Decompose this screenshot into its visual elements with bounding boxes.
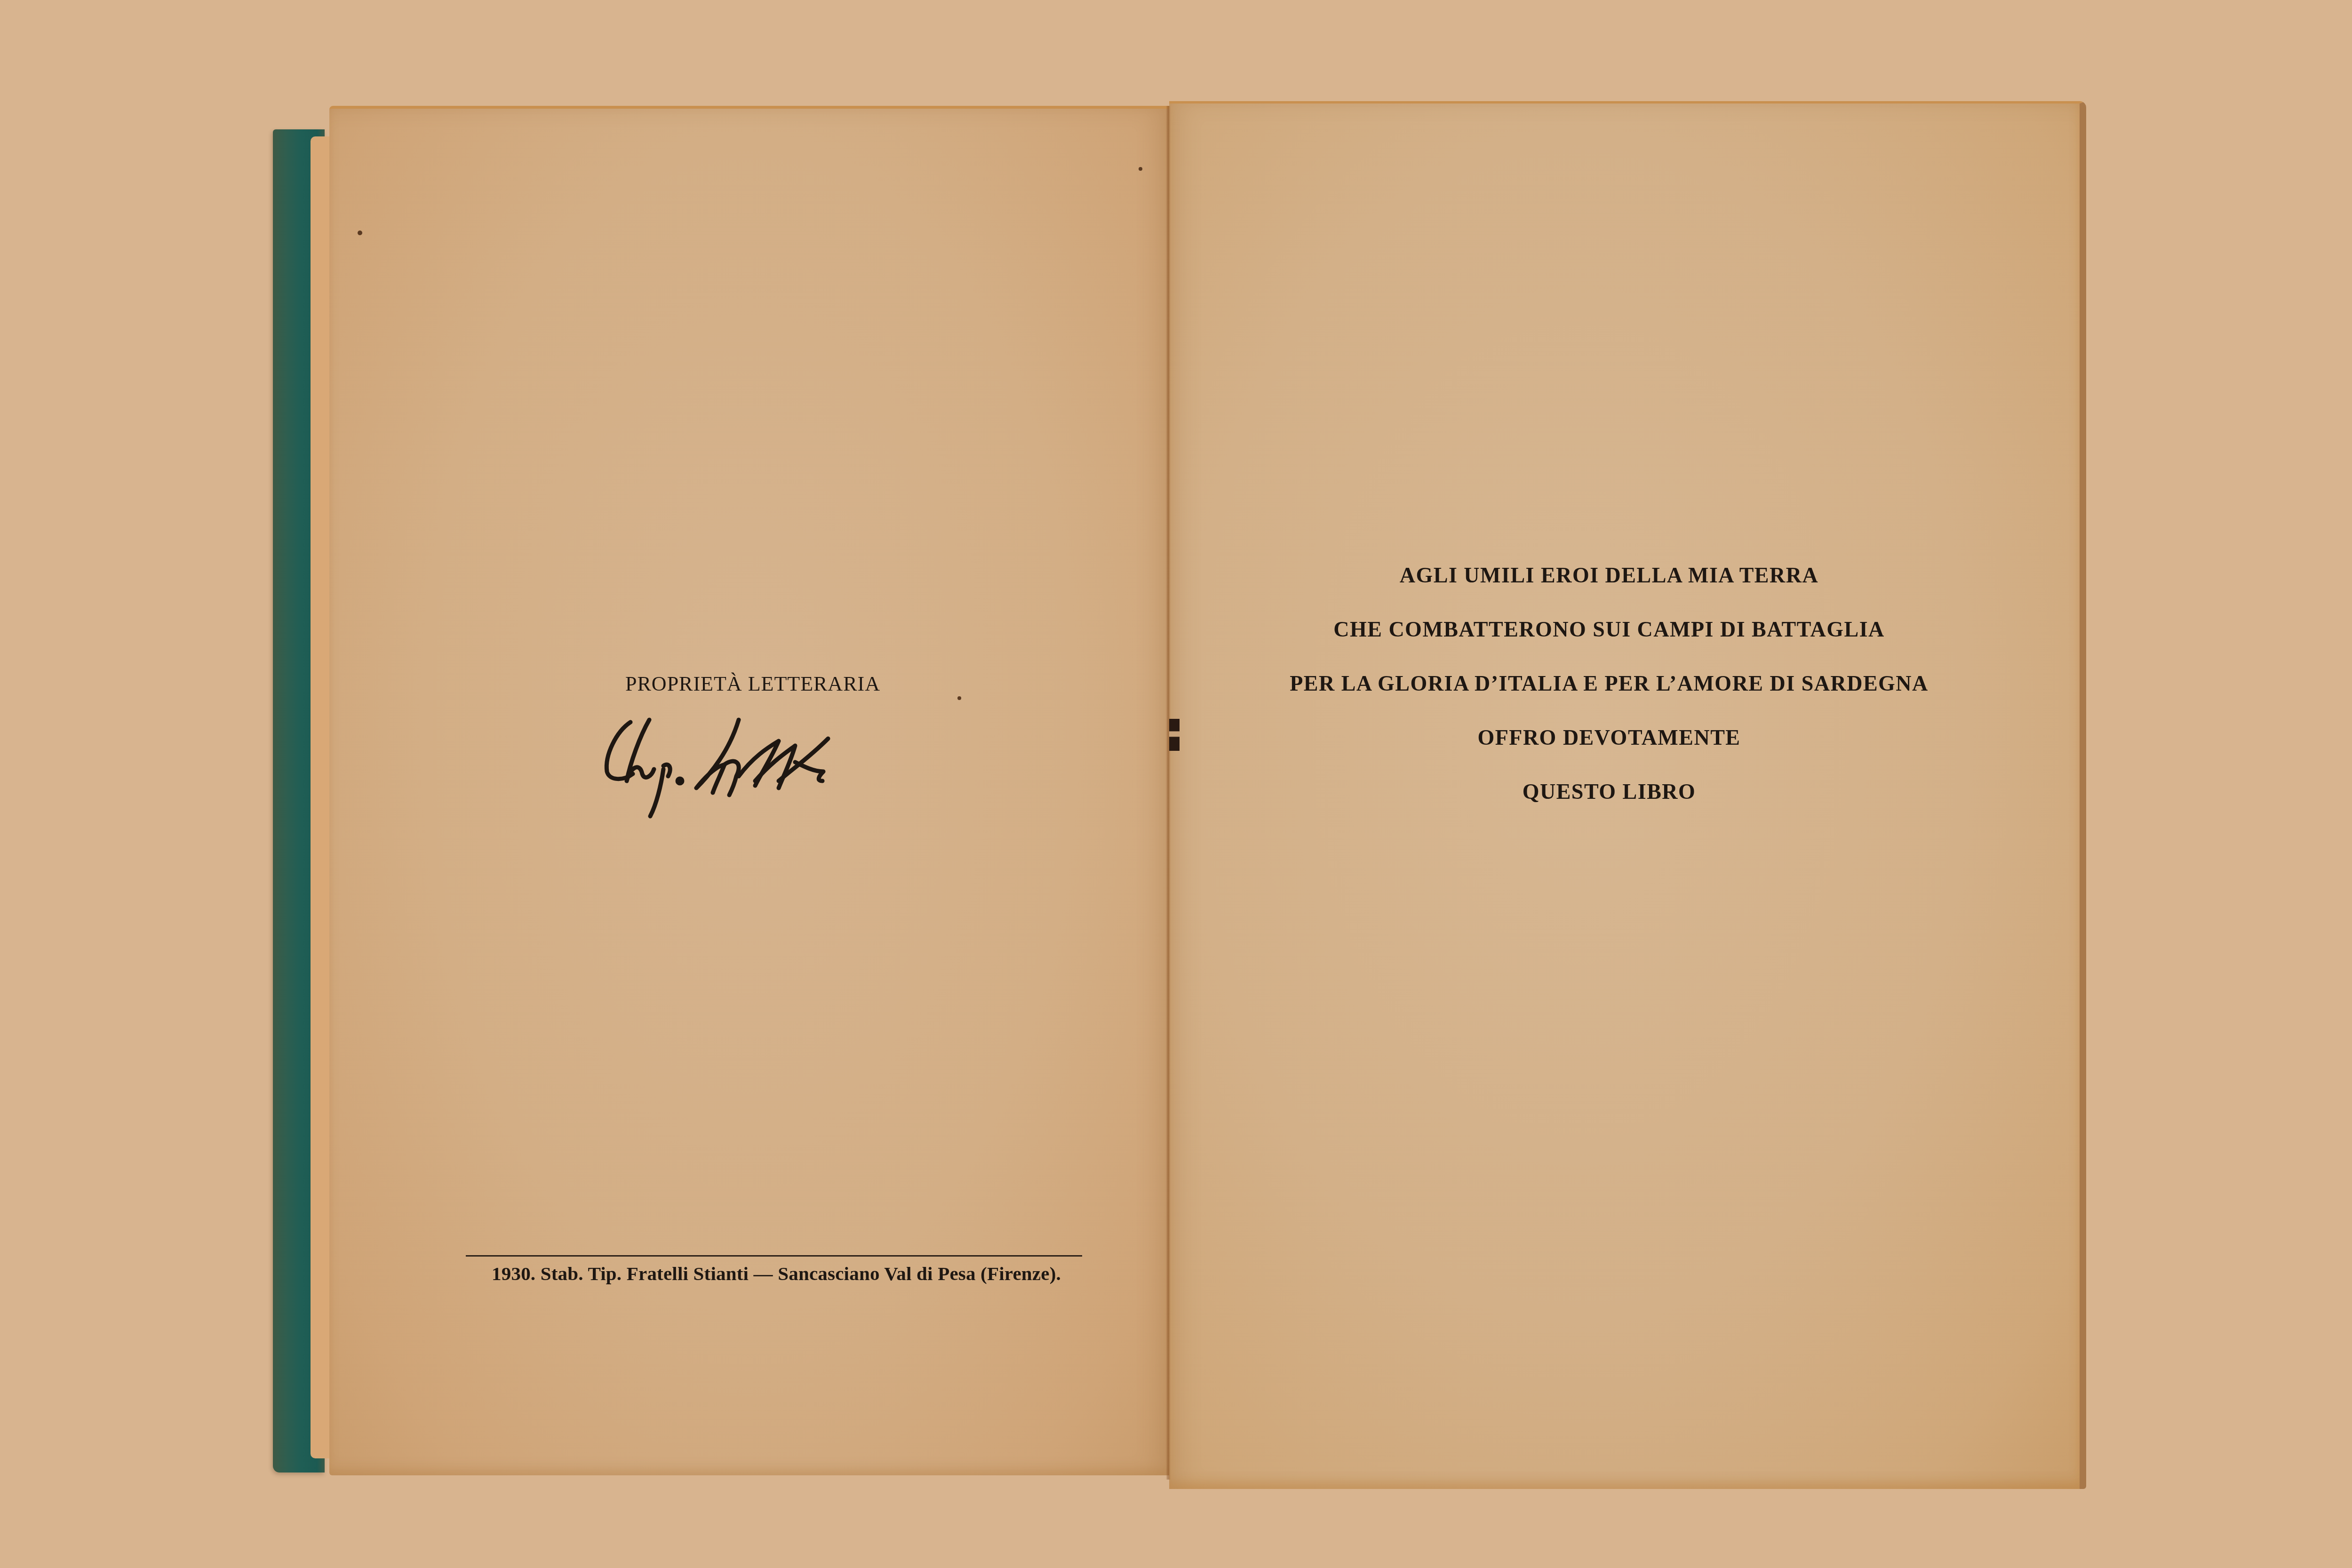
dedication-line: OFFRO DEVOTAMENTE [1223,710,1995,764]
dedication-block: AGLI UMILI EROI DELLA MIA TERRA CHE COMB… [1223,548,1995,819]
copyright-heading: PROPRIETÀ LETTERARIA [588,672,917,696]
dedication-line: PER LA GLORIA D’ITALIA E PER L’AMORE DI … [1223,656,1995,710]
paper-speck [957,696,961,700]
dedication-line: AGLI UMILI EROI DELLA MIA TERRA [1223,548,1995,602]
imprint-divider-rule [466,1255,1082,1257]
paper-speck [1139,167,1142,171]
printer-imprint: 1930. Stab. Tip. Fratelli Stianti — Sanc… [466,1262,1087,1285]
book-gutter [1166,106,1171,1480]
handwritten-signature [598,710,927,819]
dedication-line: CHE COMBATTERONO SUI CAMPI DI BATTAGLIA [1223,602,1995,656]
paper-speck [358,231,362,235]
gutter-stitch-mark [1169,719,1180,751]
dedication-line: QUESTO LIBRO [1223,764,1995,819]
